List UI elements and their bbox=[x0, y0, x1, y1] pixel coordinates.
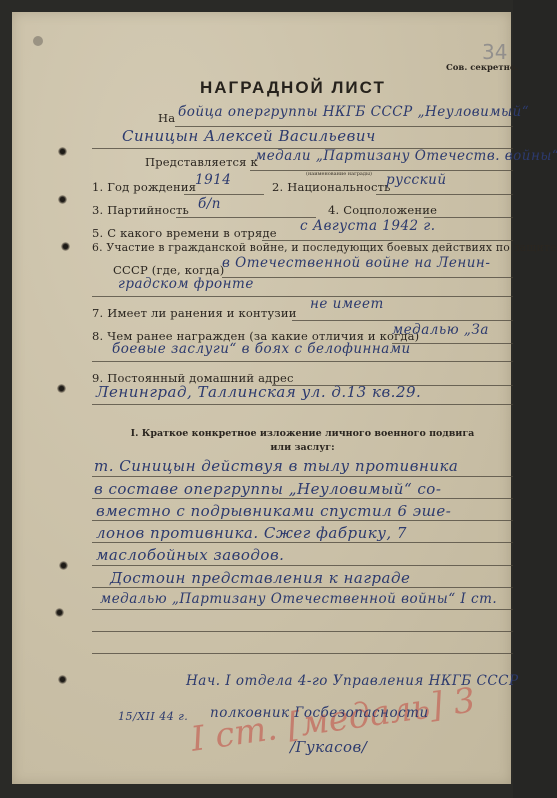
punch-hole bbox=[58, 195, 67, 204]
field-nationality-value: русский bbox=[386, 172, 447, 188]
narrative-line: в составе опергруппы „Неуловимый“ со- bbox=[94, 480, 441, 498]
field-nationality-label: 2. Национальность bbox=[272, 180, 391, 194]
punch-hole bbox=[61, 242, 70, 251]
na-value: бойца опергруппы НКГБ СССР „Неуловимый“ bbox=[178, 104, 529, 120]
field-party-value: б/п bbox=[198, 196, 221, 212]
underline bbox=[222, 277, 513, 278]
narrative-line: вместно с подрывниками спустил 6 эше- bbox=[96, 502, 451, 520]
narrative-line: медалью „Партизану Отечественной войны“ … bbox=[100, 591, 497, 607]
punch-hole bbox=[59, 561, 68, 570]
section-heading-2: или заслуг: bbox=[92, 442, 513, 453]
presented-caption: (наименование награды) bbox=[306, 171, 372, 177]
archive-number: 34 bbox=[482, 40, 507, 64]
ruled-line bbox=[92, 565, 513, 566]
presented-label: Представляется к bbox=[145, 155, 258, 169]
ruled-line bbox=[92, 476, 513, 477]
ruled-line bbox=[92, 520, 513, 521]
punch-hole bbox=[55, 608, 64, 617]
field-birth-year-value: 1914 bbox=[195, 172, 231, 188]
field-social-label: 4. Соцположение bbox=[328, 203, 437, 217]
field-wounds-value: не имеет bbox=[310, 296, 384, 312]
signature-rank: полковник Госбезопасности bbox=[210, 705, 429, 721]
ruled-line bbox=[92, 653, 513, 654]
punch-hole bbox=[57, 384, 66, 393]
field-civil-war-value: в Отечественной войне на Ленин- bbox=[222, 255, 490, 271]
underline bbox=[376, 194, 513, 195]
narrative-line: т. Синицын действуя в тылу противника bbox=[94, 457, 458, 475]
ruled-line bbox=[92, 542, 513, 543]
punch-hole bbox=[58, 675, 67, 684]
field-party-label: 3. Партийность bbox=[92, 203, 189, 217]
field-awards-value: медалью „За bbox=[392, 322, 489, 338]
underline bbox=[424, 217, 513, 218]
signature-title: Нач. I отдела 4-го Управления НКГБ СССР bbox=[186, 673, 519, 689]
field-since-value: с Августа 1942 г. bbox=[300, 218, 436, 234]
signature-name: /Гукасов/ bbox=[290, 738, 367, 756]
classification-label: Сов. секретно. bbox=[446, 63, 518, 73]
field-wounds-label: 7. Имеет ли ранения и контузии bbox=[92, 306, 297, 320]
underline bbox=[92, 296, 513, 297]
field-since-label: 5. С какого времени в отряде bbox=[92, 226, 277, 240]
underline bbox=[92, 404, 513, 405]
field-awards-value-2: боевые заслуги“ в боях с белофиннами bbox=[112, 341, 411, 357]
ruled-line bbox=[92, 498, 513, 499]
field-address-value: Ленинград, Таллинская ул. д.13 кв.29. bbox=[96, 383, 421, 401]
field-birth-year-label: 1. Год рождения bbox=[92, 180, 196, 194]
recipient-name: Синицын Алексей Васильевич bbox=[122, 127, 376, 145]
section-heading: I. Краткое конкретное изложение личного … bbox=[92, 428, 513, 439]
underline bbox=[176, 217, 316, 218]
na-label: На bbox=[158, 111, 175, 125]
underline bbox=[292, 320, 513, 321]
underline bbox=[92, 361, 513, 362]
page-title: НАГРАДНОЙ ЛИСТ bbox=[200, 78, 386, 98]
narrative-line: маслобойных заводов. bbox=[96, 546, 284, 564]
signature-date: 15/XII 44 г. bbox=[118, 710, 188, 723]
field-civil-war-label-2: СССР (где, когда) bbox=[113, 263, 224, 277]
narrative-line: лонов противника. Сжег фабрику, 7 bbox=[96, 524, 407, 542]
underline bbox=[184, 194, 264, 195]
narrative-line: Достоин представления к награде bbox=[110, 569, 410, 587]
underline bbox=[250, 170, 513, 171]
paper-spot bbox=[33, 36, 43, 46]
ruled-line bbox=[92, 609, 513, 610]
field-civil-war-value-2: градском фронте bbox=[118, 276, 254, 292]
ruled-line bbox=[92, 587, 513, 588]
field-civil-war-label: 6. Участие в гражданской войне, и послед… bbox=[92, 241, 557, 254]
punch-hole bbox=[58, 147, 67, 156]
ruled-line bbox=[92, 631, 513, 632]
presented-value: медали „Партизану Отечеств. войны“ I ст. bbox=[255, 148, 557, 164]
